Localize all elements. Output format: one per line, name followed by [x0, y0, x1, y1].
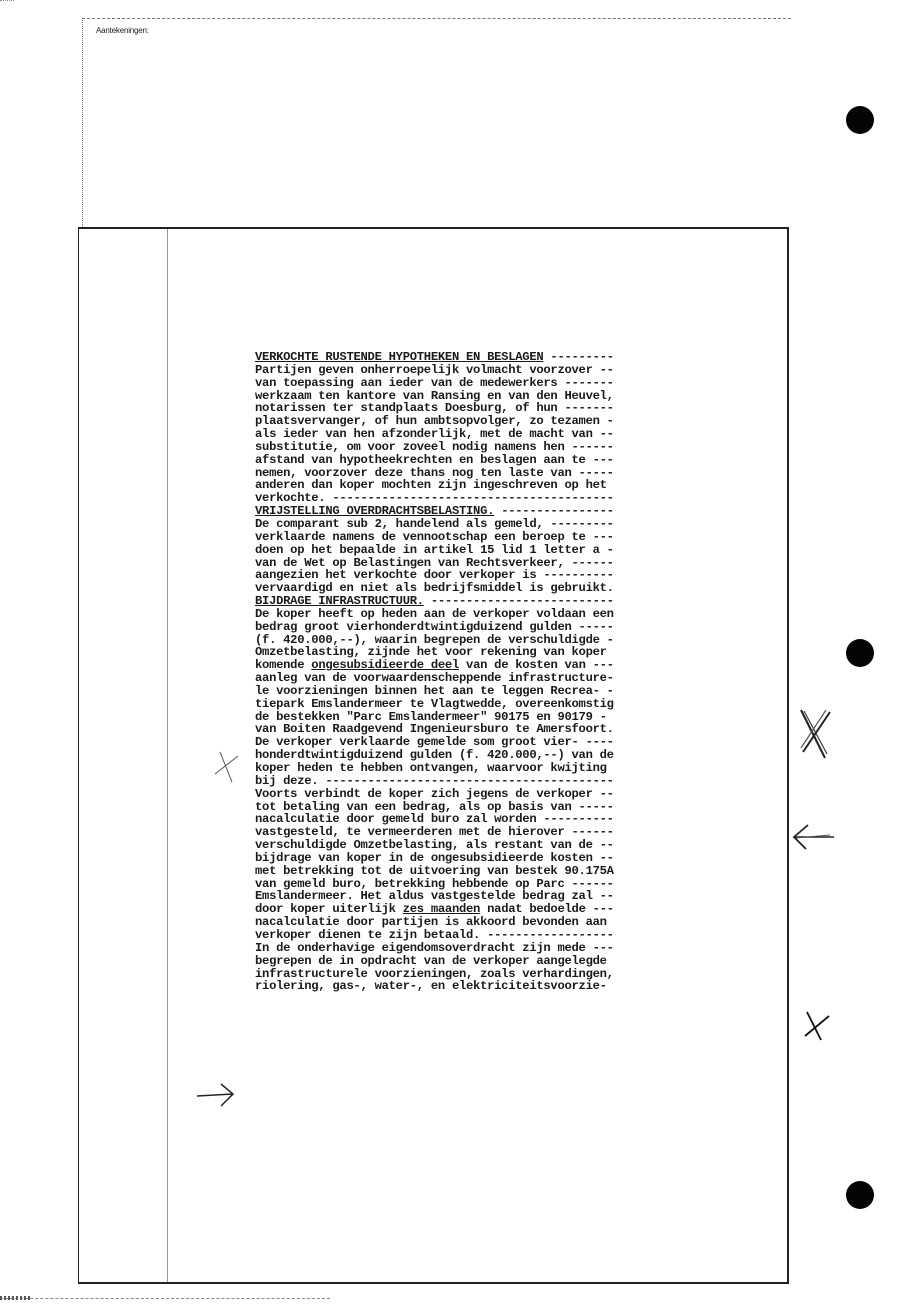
section-heading: VERKOCHTE RUSTENDE HYPOTHEKEN EN BESLAGE…: [255, 351, 785, 364]
text-line: tiepark Emslandermeer te Vlagtwedde, ove…: [255, 698, 785, 711]
text-line: substitutie, om voor zoveel nodig namens…: [255, 441, 785, 454]
text-line: Partijen geven onherroepelijk volmacht v…: [255, 364, 785, 377]
section-heading: BIJDRAGE INFRASTRUCTUUR. ---------------…: [255, 595, 785, 608]
text-line: van toepassing aan ieder van de medewerk…: [255, 377, 785, 390]
text-line: begrepen de in opdracht van de verkoper …: [255, 955, 785, 968]
text-line: koper heden te hebben ontvangen, waarvoo…: [255, 762, 785, 775]
text-line: De koper heeft op heden aan de verkoper …: [255, 608, 785, 621]
handwritten-cross-icon: [212, 750, 240, 784]
text-line: riolering, gas-, water-, en elektricitei…: [255, 980, 785, 993]
annotations-box: [82, 18, 791, 229]
text-line: De comparant sub 2, handelend als gemeld…: [255, 518, 785, 531]
handwritten-cross-icon: [803, 1010, 831, 1044]
text-line: bedrag groot vierhonderdtwintigduizend g…: [255, 621, 785, 634]
margin-rule: [167, 229, 168, 1282]
text-line: als ieder van hen afzonderlijk, met de m…: [255, 428, 785, 441]
text-line: Voorts verbindt de koper zich jegens de …: [255, 788, 785, 801]
text-line: verschuldigde Omzetbelasting, als restan…: [255, 839, 785, 852]
deed-body-text: VERKOCHTE RUSTENDE HYPOTHEKEN EN BESLAGE…: [255, 351, 785, 993]
text-line: In de onderhavige eigendomsoverdracht zi…: [255, 942, 785, 955]
scan-artifact-line: [0, 1298, 330, 1299]
punch-hole-icon: [846, 106, 874, 134]
scan-corner-mark: [0, 0, 14, 7]
text-line: verkoper dienen te zijn betaald. -------…: [255, 929, 785, 942]
text-line: met betrekking tot de uitvoering van bes…: [255, 865, 785, 878]
text-line: bijdrage van koper in de ongesubsidieerd…: [255, 852, 785, 865]
handwritten-arrow-left-icon: [790, 822, 836, 852]
text-line: le voorzieningen binnen het aan te legge…: [255, 685, 785, 698]
text-line: verklaarde namens de vennootschap een be…: [255, 531, 785, 544]
text-line: doen op het bepaalde in artikel 15 lid 1…: [255, 544, 785, 557]
punch-hole-icon: [846, 639, 874, 667]
text-line: bij deze. ------------------------------…: [255, 775, 785, 788]
text-line: aanleg van de voorwaardenscheppende infr…: [255, 672, 785, 685]
handwritten-arrow-right-icon: [195, 1082, 237, 1108]
annotations-label: Aantekeningen:: [96, 26, 149, 35]
handwritten-double-cross-icon: [795, 708, 831, 764]
punch-hole-icon: [846, 1181, 874, 1209]
text-line: afstand van hypotheekrechten en beslagen…: [255, 454, 785, 467]
